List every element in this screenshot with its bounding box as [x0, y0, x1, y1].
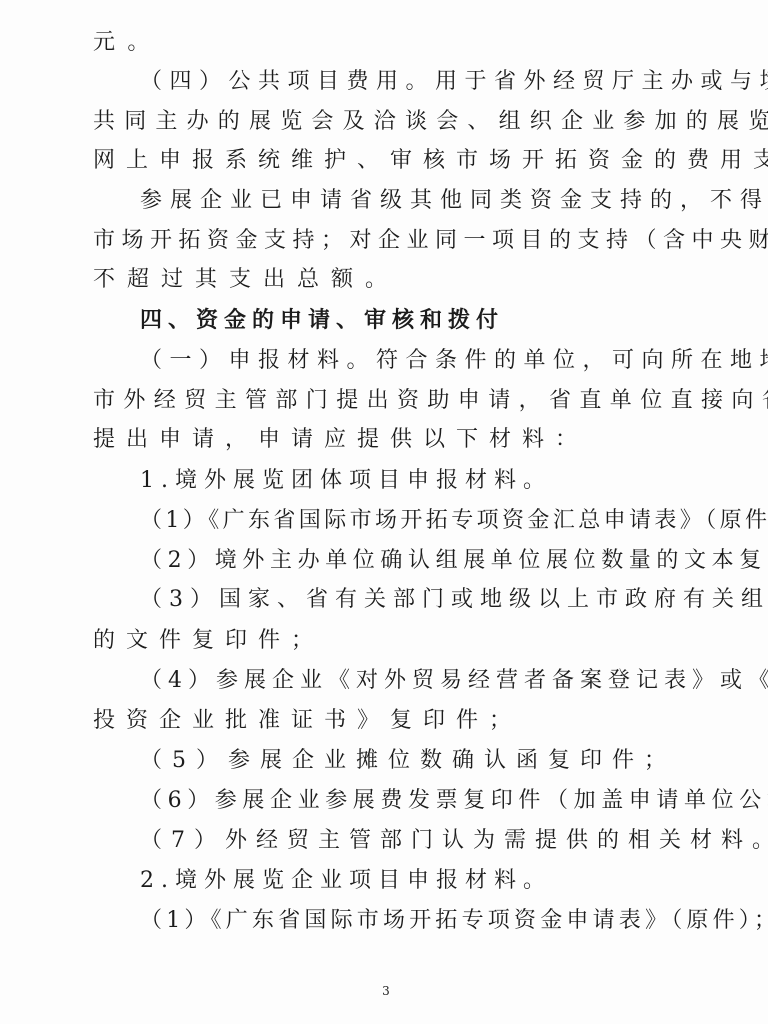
- text-line: 网上申报系统维护、审核市场开拓资金的费用支出。: [93, 146, 693, 176]
- paragraph-line: 参展企业已申请省级其他同类资金支持的，不得再申请本: [140, 186, 692, 216]
- list-item: （2）境外主办单位确认组展单位展位数量的文本复印件；: [140, 546, 692, 576]
- text-line: 元。: [93, 28, 693, 58]
- text-line: 不超过其支出总额。: [93, 265, 693, 295]
- text-line: 市场开拓资金支持；对企业同一项目的支持（含中央财政支持）: [93, 226, 693, 256]
- list-item: （4）参展企业《对外贸易经营者备案登记表》或《外商: [140, 666, 692, 696]
- document-page: 元。 （四）公共项目费用。用于省外经贸厅主办或与境外机构 共同主办的展览会及洽谈…: [0, 0, 768, 1024]
- page-number: 3: [380, 981, 392, 1001]
- text-line: 共同主办的展览会及洽谈会、组织企业参加的展览会的费用及: [93, 107, 693, 137]
- list-item-heading: 2.境外展览企业项目申报材料。: [140, 866, 692, 896]
- list-item: （1）《广东省国际市场开拓专项资金申请表》（原件）；: [140, 906, 692, 936]
- subsection-4-paragraph: （四）公共项目费用。用于省外经贸厅主办或与境外机构: [140, 67, 692, 97]
- text-line: 市外经贸主管部门提出资助申请，省直单位直接向省外经贸厅: [93, 386, 693, 416]
- list-item: （1）《广东省国际市场开拓专项资金汇总申请表》（原件）；: [140, 506, 692, 536]
- subsection-1-paragraph: （一）申报材料。符合条件的单位，可向所在地地级以上: [140, 346, 692, 376]
- text-line: 投资企业批准证书》复印件；: [93, 706, 693, 736]
- list-item-heading: 1.境外展览团体项目申报材料。: [140, 466, 692, 496]
- list-item: （3）国家、省有关部门或地级以上市政府有关组团参展: [140, 585, 692, 615]
- text-line: 的文件复印件；: [93, 626, 693, 656]
- list-item: （5）参展企业摊位数确认函复印件；: [140, 746, 692, 776]
- text-line: 提出申请，申请应提供以下材料：: [93, 425, 693, 455]
- section-heading: 四、资金的申请、审核和拨付: [140, 306, 692, 336]
- list-item: （7）外经贸主管部门认为需提供的相关材料。: [140, 826, 692, 856]
- list-item: （6）参展企业参展费发票复印件（加盖申请单位公章）；: [140, 786, 692, 816]
